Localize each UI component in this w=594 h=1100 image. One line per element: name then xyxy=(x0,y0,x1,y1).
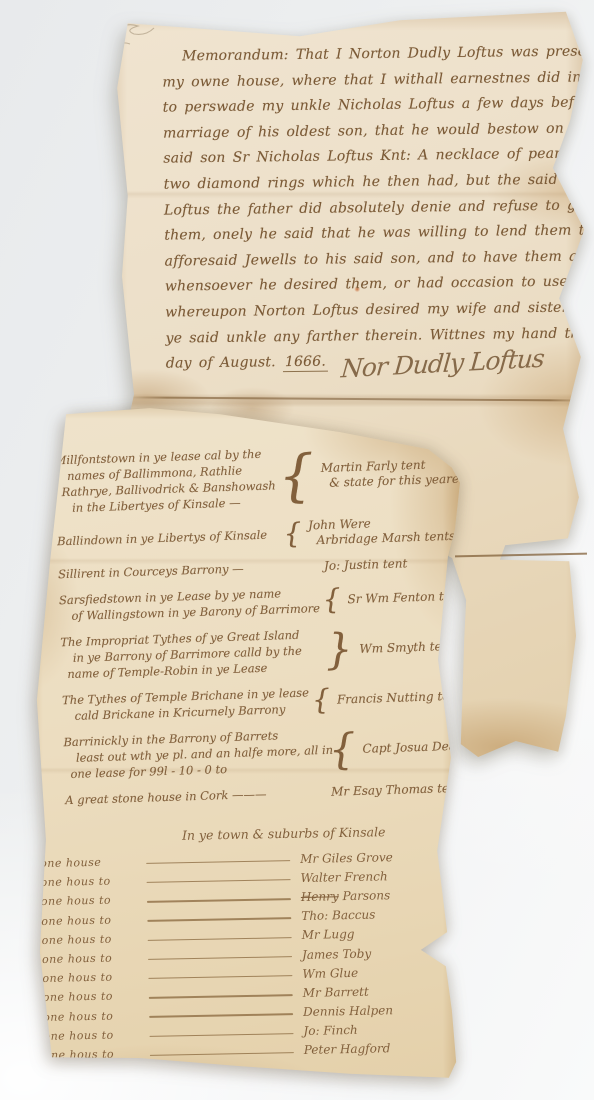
house-label: one house xyxy=(40,855,142,870)
lease-entry: Barrinickly in the Barrony of Barretslea… xyxy=(63,722,462,782)
entry-description: Sillirent in Courceys Barrony — xyxy=(58,558,320,582)
lease-entry: Ballindown in ye Libertys of Kinsale{Joh… xyxy=(57,514,456,556)
house-line xyxy=(148,975,292,979)
entry-tenant: Capt Josua Deane xyxy=(358,738,471,757)
entry-brace: } xyxy=(325,630,353,669)
entry-description: Sarsfiedstown in ye Lease by ye nameof W… xyxy=(59,584,320,624)
house-label: one hous to xyxy=(43,1009,145,1024)
entry-tenant: Mr Esay Thomas tent xyxy=(327,780,462,799)
house-label: one hous to xyxy=(42,951,144,966)
entry-brace: { xyxy=(283,521,302,547)
entry-tenant: Jo: Justin tent xyxy=(320,556,408,574)
house-label: one hous to xyxy=(40,874,142,889)
house-line xyxy=(149,994,293,998)
house-name: Walter French xyxy=(300,868,452,885)
lease-entry: Millfontstown in ye lease cal by thename… xyxy=(54,440,454,516)
house-label: one hous to xyxy=(42,970,144,985)
house-line xyxy=(148,937,292,941)
section-heading: In ye town & suburbs of Kinsale xyxy=(182,824,386,843)
entry-tenant: John WereArbridage Marsh tents xyxy=(304,514,455,549)
house-name: Peter Hagford xyxy=(304,1040,456,1057)
entry-tenant: Martin Farly tent& state for this yeare xyxy=(317,457,460,491)
house-line xyxy=(147,879,291,883)
entry-description: The Impropriat Tythes of ye Great Island… xyxy=(60,626,323,682)
house-name: Dennis Halpen xyxy=(303,1002,455,1019)
house-label: one hous to xyxy=(44,1047,146,1062)
house-line xyxy=(148,956,292,960)
house-line xyxy=(150,1052,294,1056)
entry-brace: { xyxy=(312,687,331,713)
entry-tenant: Francis Nutting tent xyxy=(333,688,462,707)
lease-entries: Millfontstown in ye lease cal by thename… xyxy=(54,440,463,818)
house-name: Jo: Finch xyxy=(303,1021,455,1038)
entry-brace: { xyxy=(322,587,341,613)
house-label: one hous to xyxy=(41,913,143,928)
lease-entry: The Impropriat Tythes of ye Great Island… xyxy=(60,622,459,682)
entry-description: A great stone house in Cork ——— xyxy=(65,784,327,808)
entry-description: Barrinickly in the Barrony of Barretslea… xyxy=(63,726,326,782)
house-label: one hous to xyxy=(42,932,144,947)
rental-list-document: Millfontstown in ye lease cal by thename… xyxy=(30,402,460,1086)
entry-description: Millfontstown in ye lease cal by thename… xyxy=(54,445,276,516)
entry-tenant: Wm Smyth tent xyxy=(355,638,454,656)
house-name: James Toby xyxy=(302,945,454,962)
photo-backdrop: Memorandum: That I Norton Dudly Loftus w… xyxy=(0,0,594,1100)
house-line xyxy=(147,898,291,902)
lease-entry: Sarsfiedstown in ye Lease by ye nameof W… xyxy=(59,580,458,624)
house-line xyxy=(150,1033,294,1037)
house-label: one hous to xyxy=(43,1028,145,1043)
house-name: Wm Glue xyxy=(302,964,454,981)
house-label: one hous to xyxy=(41,893,143,908)
lease-entry: Sillirent in Courceys Barrony —Jo: Justi… xyxy=(58,554,456,582)
house-name: Mr Lugg xyxy=(301,925,453,942)
entry-description: Ballindown in ye Libertys of Kinsale xyxy=(57,526,281,549)
house-line xyxy=(149,1014,293,1018)
house-name: Tho: Baccus xyxy=(301,906,453,923)
house-line xyxy=(147,918,291,922)
house-name: Mr Giles Grove xyxy=(300,849,452,866)
rental-list-document-wrap: Millfontstown in ye lease cal by thename… xyxy=(0,0,594,1100)
house-list: one houseMr Giles Groveone hous toWalter… xyxy=(40,846,456,1065)
entry-brace: { xyxy=(278,451,315,502)
entry-description: The Tythes of Temple Brichane in ye leas… xyxy=(62,684,310,724)
house-label: one hous to xyxy=(43,989,145,1004)
entry-tenant: Sr Wm Fenton tent xyxy=(343,588,463,607)
entry-brace: { xyxy=(328,730,356,769)
house-line xyxy=(146,860,290,864)
lease-entry: The Tythes of Temple Brichane in ye leas… xyxy=(62,680,461,724)
house-name: Henry Parsons xyxy=(301,887,453,904)
lease-entry: A great stone house in Cork ———Mr Esay T… xyxy=(65,780,463,808)
house-name: Mr Barrett xyxy=(303,983,455,1000)
